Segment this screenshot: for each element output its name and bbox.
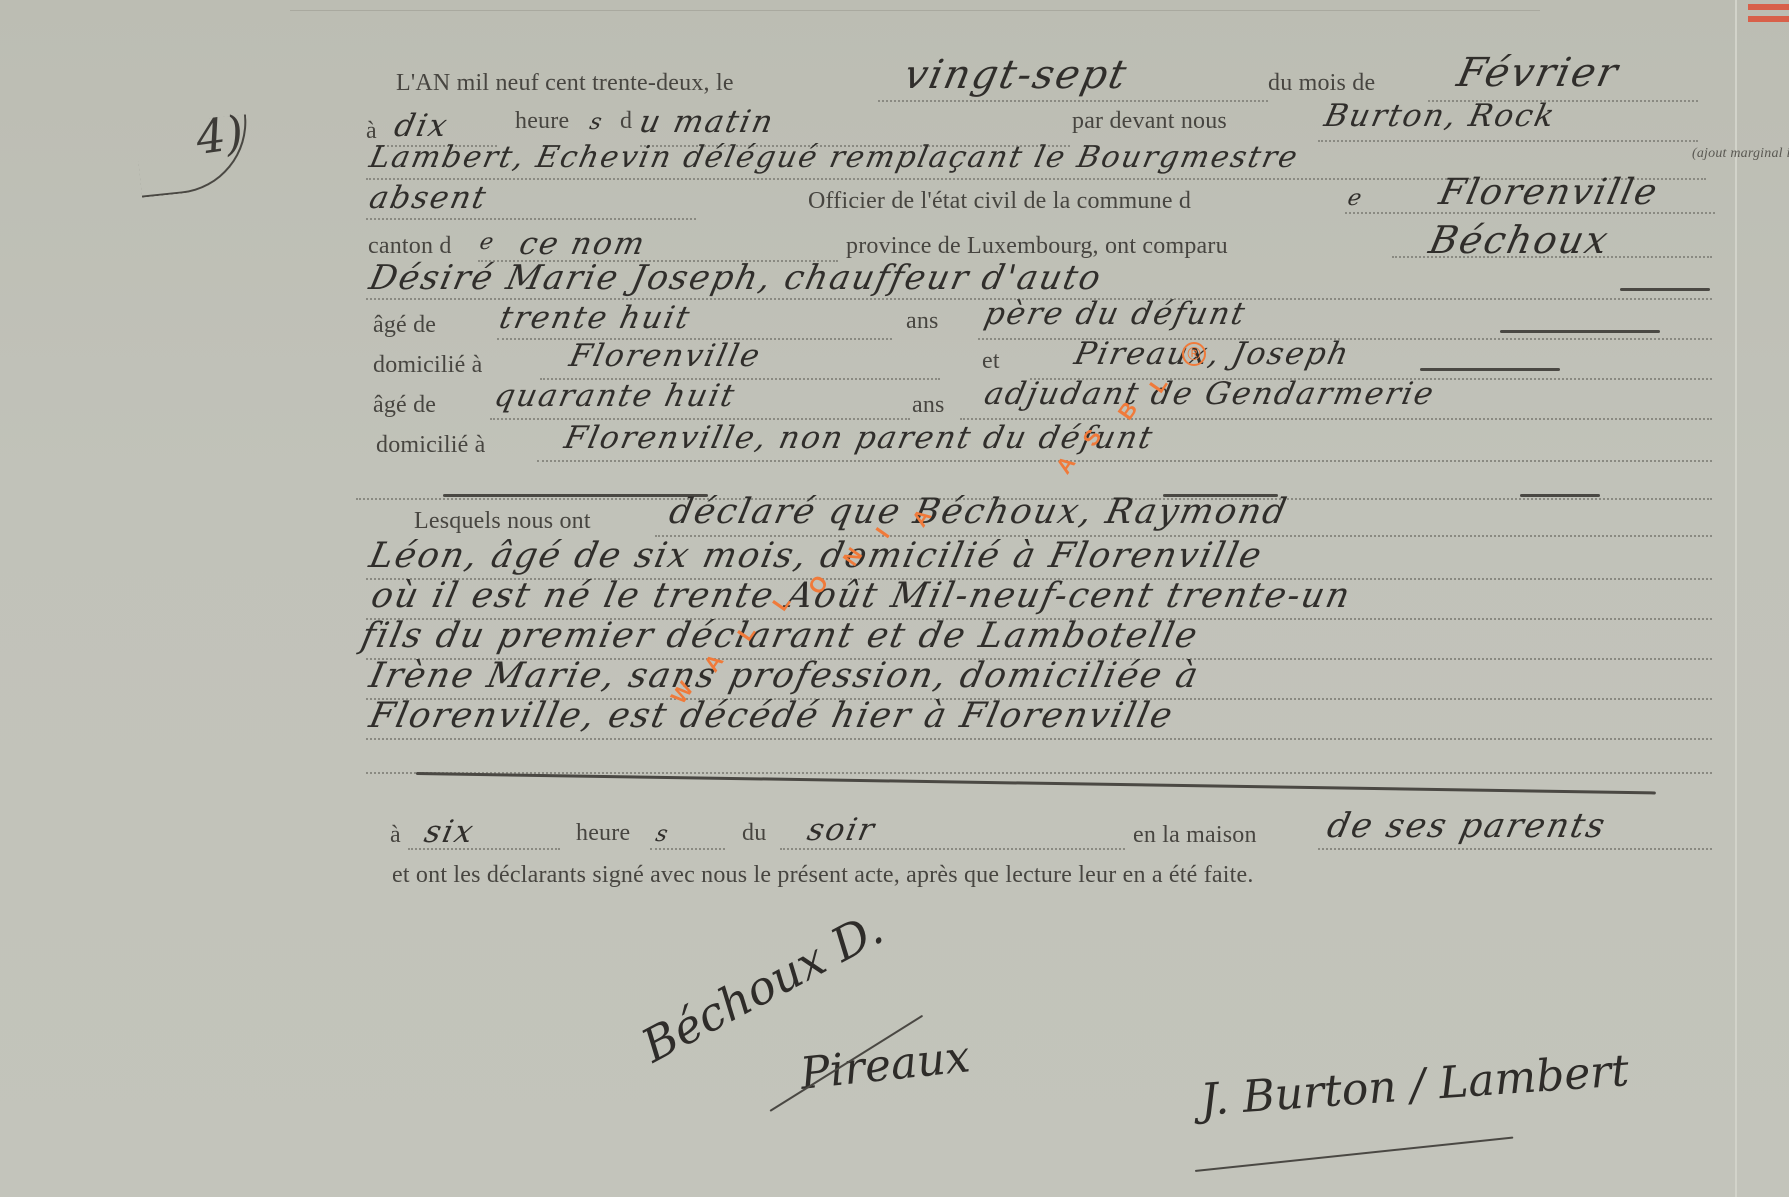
handwritten-declarant-surname: Béchoux [1425, 218, 1613, 262]
handwritten-officer: Burton, Rock [1321, 98, 1559, 134]
printed-heure: heure [515, 108, 569, 135]
printed-heure: heure [576, 820, 630, 847]
handwritten-domicile-2: Florenville, non parent du défunt [561, 420, 1157, 456]
top-rule [290, 10, 1540, 11]
handwritten-canton: ce nom [516, 226, 649, 262]
separator-rule [1520, 494, 1600, 497]
handwritten-declaration: déclaré que Béchoux, Raymond [666, 492, 1292, 532]
printed-canton: canton d [368, 233, 452, 260]
handwritten-commune: Florenville [1436, 172, 1663, 213]
red-margin-mark [1748, 4, 1789, 10]
printed-age: âgé de [373, 312, 436, 339]
handwritten-day: vingt-sept [900, 52, 1132, 98]
fill-line [366, 218, 696, 220]
handwritten-mother: Irène Marie, sans profession, domiciliée… [366, 656, 1204, 696]
handwritten-absent: absent [366, 180, 491, 216]
handwritten-parents: fils du premier déclarant et de Lambotel… [358, 616, 1203, 656]
printed-a: à [390, 822, 401, 849]
printed-d: d [620, 108, 632, 135]
entry-number-flourish [135, 114, 254, 197]
printed-ans: ans [912, 392, 945, 419]
handwritten-suffix: e [1345, 186, 1365, 211]
handwritten-suffix: s [653, 822, 672, 847]
watermark-registered-mark: ® [1182, 342, 1206, 366]
printed-officer-label: Officier de l'état civil de la commune d [808, 188, 1191, 215]
printed-ans: ans [906, 308, 939, 335]
signature-declarant-2: Pireaux [798, 1031, 973, 1100]
printed-age: âgé de [373, 392, 436, 419]
strike-rule [1420, 368, 1560, 371]
fill-line [650, 848, 725, 850]
handwritten-age-2: quarante huit [491, 378, 739, 414]
handwritten-death-place: Florenville, est décédé hier à Florenvil… [366, 696, 1178, 736]
fill-line [780, 848, 1125, 850]
strike-rule [1620, 288, 1710, 291]
handwritten-hour: dix [391, 108, 452, 144]
fill-line [366, 738, 1712, 740]
separator-rule [443, 494, 708, 497]
printed-year: L'AN mil neuf cent trente-deux, le [396, 70, 734, 97]
signature-officer: J. Burton / Lambert [1199, 1045, 1631, 1126]
printed-province: province de Luxembourg, ont comparu [846, 233, 1228, 260]
printed-par-devant: par devant nous [1072, 108, 1227, 135]
handwritten-death-hour: six [421, 814, 478, 850]
handwritten-declarant-name: Désiré Marie Joseph, chauffeur d'auto [366, 258, 1106, 298]
fill-line [878, 100, 1268, 102]
handwritten-declarant-2: Pireaux, Joseph [1071, 336, 1353, 372]
page-fold [1735, 0, 1737, 1197]
handwritten-birth: où il est né le trente Août Mil-neuf-cen… [368, 576, 1355, 616]
register-page: 4) L'AN mil neuf cent trente-deux, le vi… [0, 0, 1789, 1197]
red-margin-mark [1748, 16, 1789, 22]
handwritten-domicile-1: Florenville [566, 338, 764, 374]
handwritten-death-period: soir [804, 812, 879, 848]
handwritten-age-1: trente huit [496, 300, 694, 336]
handwritten-death-house: de ses parents [1324, 806, 1610, 846]
fill-line [537, 460, 1712, 462]
printed-du: du [742, 820, 766, 847]
strike-rule [1500, 330, 1660, 333]
separator-rule [416, 772, 1656, 794]
fill-line [1318, 140, 1698, 142]
printed-et: et [982, 348, 1000, 375]
handwritten-occupation-2: adjudant de Gendarmerie [981, 376, 1438, 412]
margin-annotation: (ajout marginal illisible) [1692, 146, 1789, 162]
handwritten-period: u matin [636, 104, 778, 140]
printed-closing-statement: et ont les déclarants signé avec nous le… [392, 862, 1254, 889]
printed-maison: en la maison [1133, 822, 1257, 849]
handwritten-suffix: e [477, 230, 497, 255]
handwritten-officer-title: Lambert, Echevin délégué remplaçant le B… [366, 140, 1302, 175]
handwritten-month: Février [1453, 50, 1623, 96]
handwritten-deceased: Léon, âgé de six mois, domicilié à Flore… [366, 536, 1267, 576]
printed-lesquels: Lesquels nous ont [414, 508, 591, 535]
fill-line [1318, 848, 1712, 850]
printed-month-label: du mois de [1268, 70, 1375, 97]
printed-domicile: domicilié à [373, 352, 483, 379]
handwritten-suffix: s [587, 110, 606, 135]
printed-domicile: domicilié à [376, 432, 486, 459]
handwritten-relation-1: père du défunt [981, 296, 1250, 332]
signature-underline [1195, 1137, 1513, 1172]
